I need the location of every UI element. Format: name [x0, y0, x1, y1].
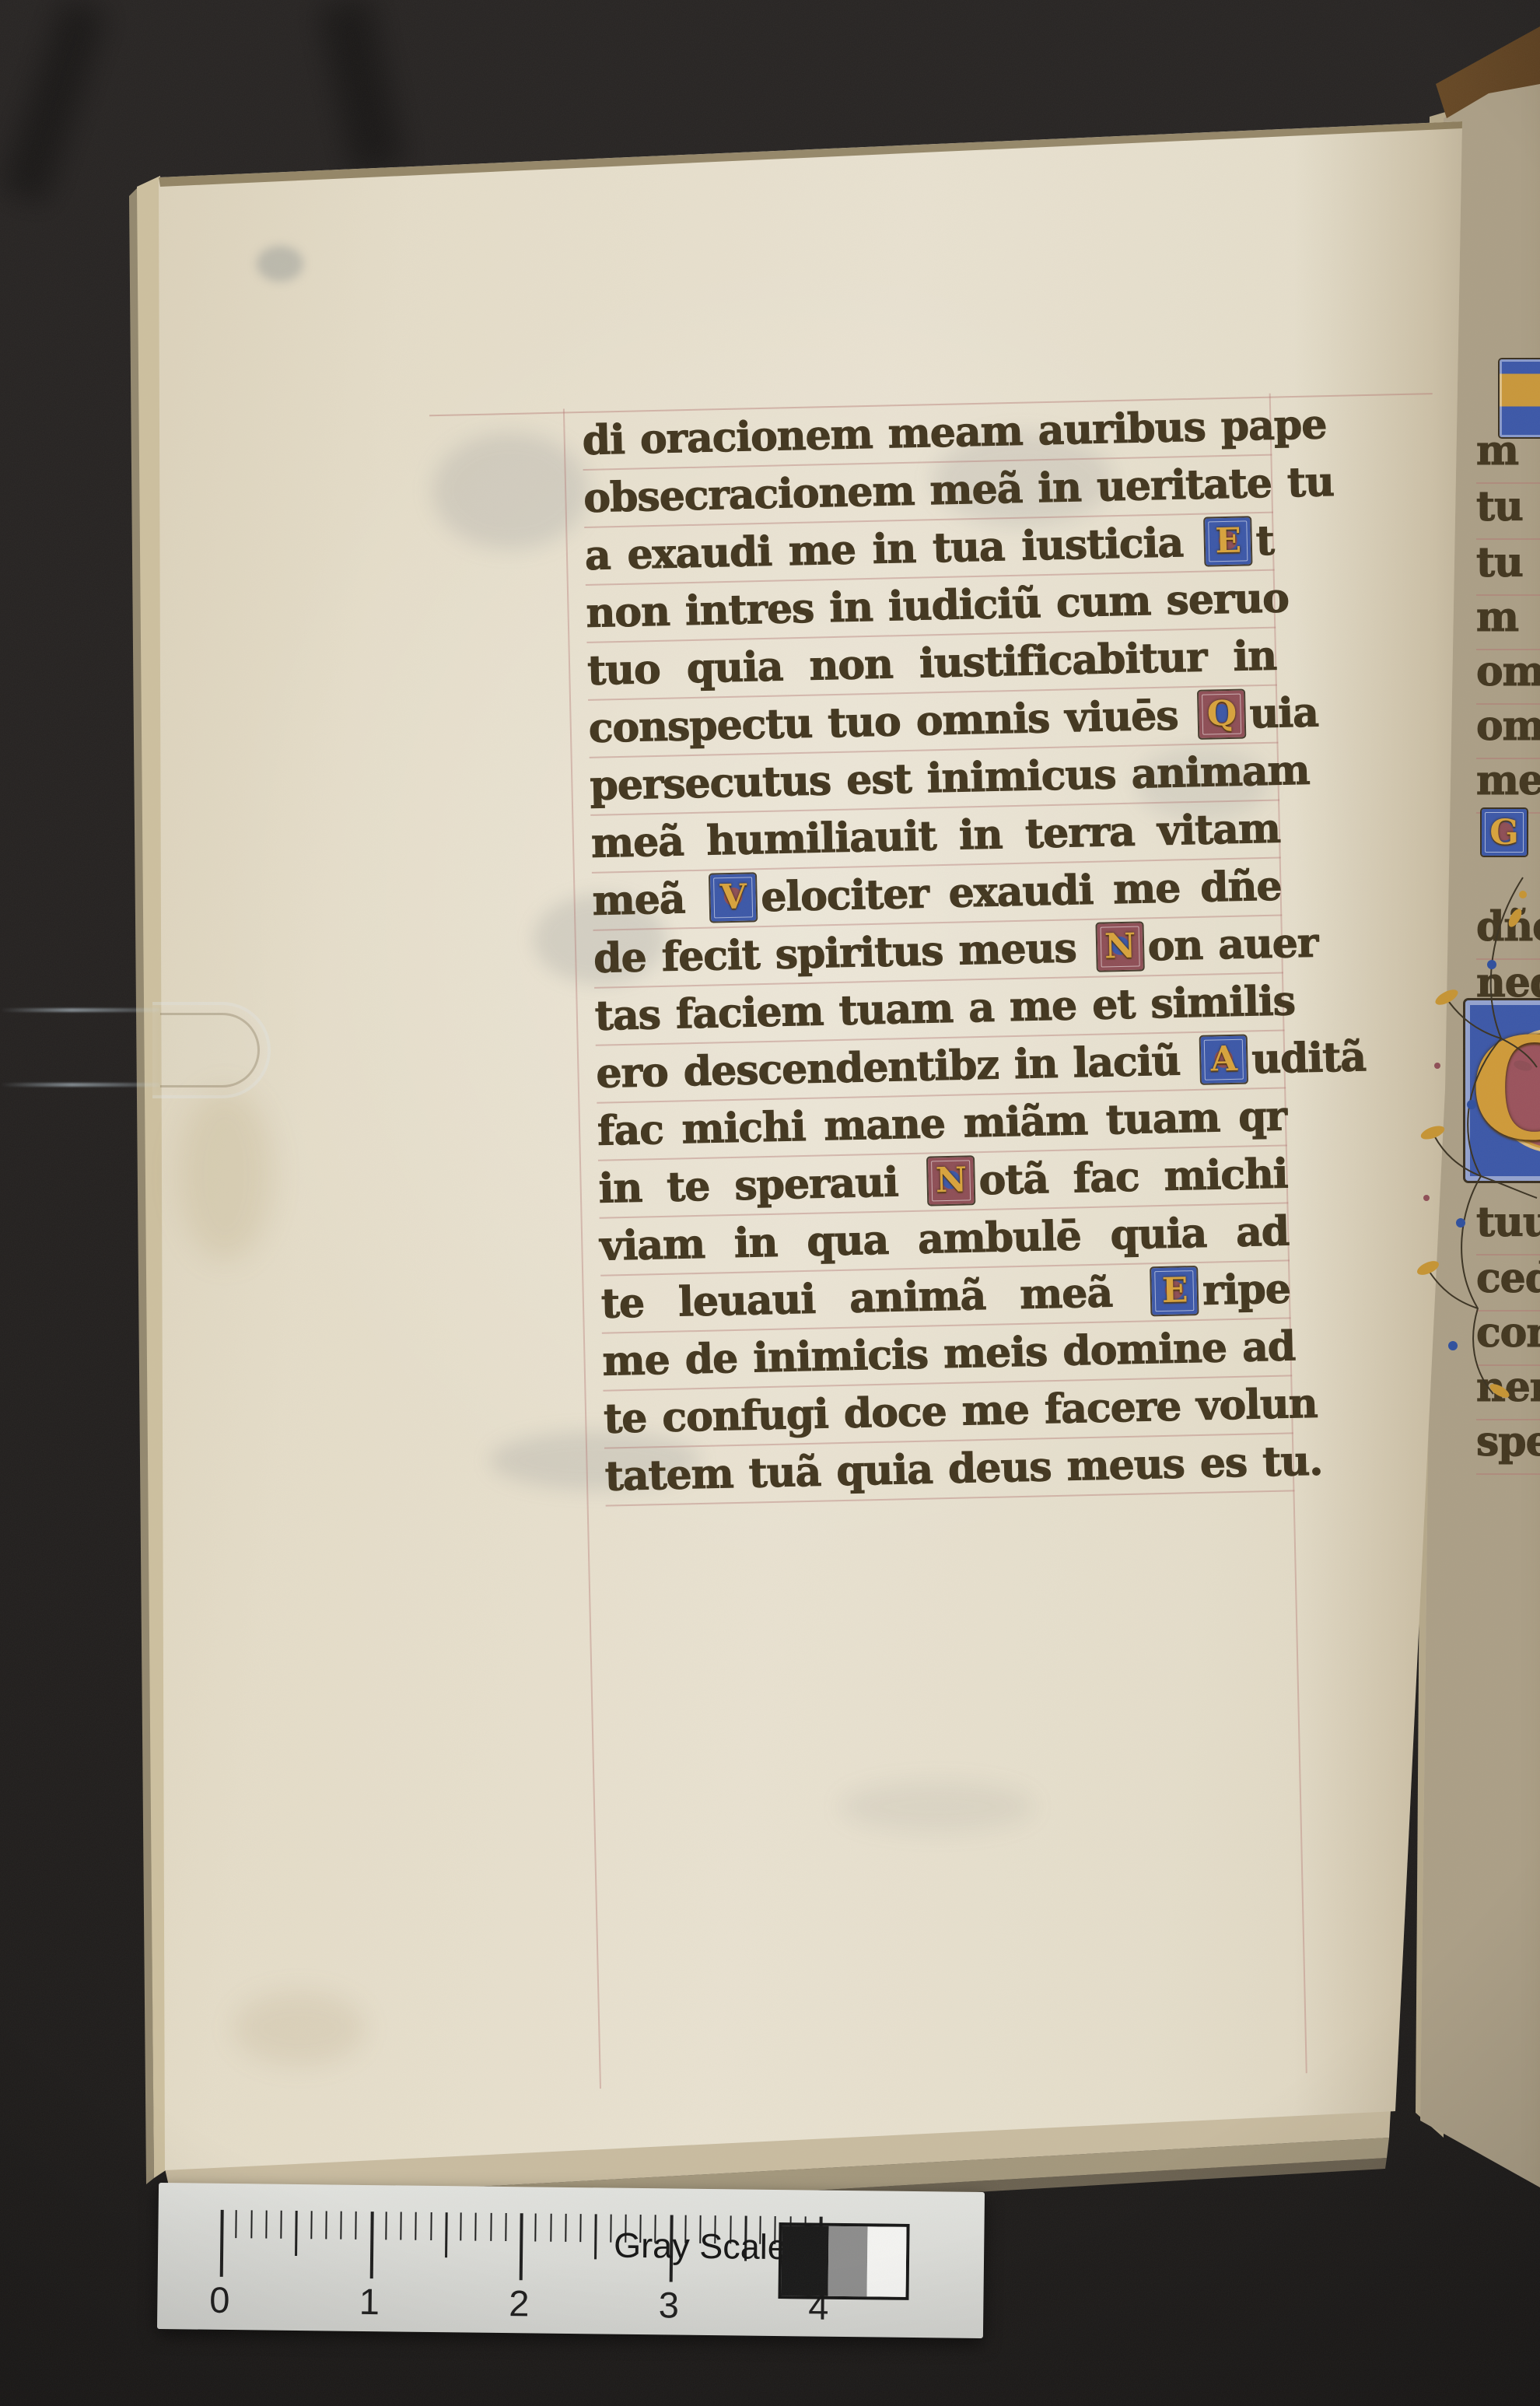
ruler-tick [579, 2214, 581, 2242]
manuscript-text: tuo quia non iustificabitur in [587, 632, 1277, 695]
ruler-tick [355, 2212, 357, 2240]
gray-scale-patch-white [866, 2226, 906, 2297]
transparent-page-clip [152, 1002, 271, 1098]
illuminated-initial-N: N [928, 1157, 974, 1204]
ruler-tick [610, 2215, 611, 2243]
manuscript-text: de fecit spiritus meus [593, 924, 1077, 982]
manuscript-text: on auer [1147, 919, 1318, 971]
ruler-tick [369, 2212, 373, 2278]
initial-letter: Q [1199, 691, 1244, 738]
manuscript-text: te leuaui animã meã [600, 1269, 1112, 1327]
ruler-tick [490, 2213, 492, 2241]
ruler-number: 0 [209, 2278, 230, 2321]
initial-letter: V [710, 874, 756, 921]
illuminated-initial-partial [1500, 359, 1540, 437]
manuscript-text: obsecracionem meã in ueritate tu [583, 458, 1335, 522]
right-page-line-fragment: om [1476, 702, 1540, 759]
right-page-line-fragment: tu [1476, 482, 1540, 540]
ruler-tick [550, 2214, 551, 2242]
ruler-tick [280, 2211, 282, 2239]
ruler-tick [565, 2214, 566, 2242]
illuminated-initial-E: E [1205, 517, 1251, 565]
illuminated-initial-Q: Q [1199, 691, 1244, 738]
right-page-line-fragment: me [1476, 756, 1540, 814]
manuscript-text: me de inimicis meis domine ad [602, 1322, 1296, 1385]
gray-scale-patches [778, 2222, 909, 2300]
illuminated-initial-A: A [1201, 1036, 1247, 1084]
right-page-line-fragment: spectu tuo [1476, 1417, 1540, 1475]
manuscript-text: t [1255, 517, 1274, 565]
gray-scale-patch-black [782, 2226, 829, 2296]
text-block: di oracionem meam auribus pape obsecraci… [582, 398, 1294, 1507]
ruler-tick [535, 2213, 537, 2241]
manuscript-photograph: di oracionem meam auribus pape obsecraci… [0, 0, 1540, 2406]
illuminated-initial-G: G [1482, 809, 1527, 856]
initial-letter: N [1097, 923, 1143, 970]
ruler-number: 1 [359, 2280, 380, 2323]
ruler-tick [265, 2211, 267, 2239]
gray-scale-patch-gray [828, 2226, 868, 2297]
manuscript-text: conspectu tuo omnis viuēs [588, 692, 1178, 752]
manuscript-text: meã humiliauit in terra vitam [590, 805, 1280, 867]
manuscript-text: uia [1249, 688, 1319, 737]
ruler-number: 2 [509, 2282, 530, 2324]
ruler-tick [236, 2210, 237, 2238]
manuscript-text: elociter exaudi me dñe [761, 863, 1282, 922]
ruler-tick [220, 2210, 224, 2277]
page-clip-highlight [0, 1008, 159, 1012]
marginal-flourish [1406, 871, 1538, 1400]
ruler-tick [295, 2211, 298, 2256]
manuscript-text: otã fac michi [978, 1150, 1288, 1204]
manuscript-text: te confugi doce me facere volun [604, 1380, 1318, 1443]
manuscript-lines: di oracionem meam auribus pape obsecraci… [582, 398, 1294, 1507]
background-cloth-fold [1, 0, 107, 205]
right-page-line-fragment: m [1476, 593, 1540, 650]
manuscript-text: persecutus est inimicus animam [590, 747, 1310, 810]
ruler-tick [385, 2212, 387, 2240]
manuscript-text: a exaudi me in tua iusticia [584, 519, 1183, 580]
manuscript-text: in te speraui [598, 1158, 898, 1212]
ruler-tick [340, 2212, 341, 2240]
manuscript-text: meã [592, 875, 685, 925]
illuminated-initial-V: V [710, 874, 756, 921]
illuminated-initial-N: N [1097, 923, 1143, 970]
manuscript-text: ero descendentibz in laciũ [596, 1037, 1181, 1097]
manuscript-text: uditã [1251, 1033, 1367, 1083]
ruler-tick [250, 2210, 252, 2238]
initial-letter: E [1205, 517, 1251, 565]
ruler-tick [415, 2212, 417, 2240]
manuscript-text: ripe [1202, 1265, 1291, 1314]
ruler-tick [325, 2211, 327, 2239]
ruler-tick [400, 2212, 401, 2240]
manuscript-text: di oracionem meam auribus pape [582, 401, 1327, 464]
right-page-line-fragment: tu [1476, 538, 1540, 596]
manuscript-text: tas faciem tuam a me et similis [594, 977, 1295, 1040]
manuscript-text: fac michi mane miãm tuam qr [597, 1092, 1286, 1154]
background-cloth-fold [317, 0, 406, 175]
illuminated-initial-E: E [1152, 1267, 1198, 1315]
ruler-tick [310, 2211, 312, 2239]
manuscript-text: non intres in iudiciũ cum seruo [586, 574, 1289, 637]
ruler-tick [520, 2213, 523, 2280]
ruler-tick [475, 2213, 477, 2241]
initial-letter: G [1482, 809, 1527, 856]
initial-letter: E [1152, 1267, 1198, 1315]
page-clip-highlight [0, 1083, 159, 1087]
ruler-tick [505, 2213, 506, 2241]
calibration-ruler: 01234 Gray Scale [157, 2183, 985, 2338]
manuscript-text: viam in qua ambulē quia ad [600, 1207, 1290, 1270]
ruler-tick [445, 2212, 448, 2257]
ruler-tick [430, 2212, 432, 2240]
gray-scale-label: Gray Scale [614, 2226, 787, 2268]
ruler-tick [594, 2214, 597, 2259]
ruler-tick [460, 2212, 461, 2240]
initial-letter: N [928, 1157, 974, 1204]
right-page-line-fragment: om [1476, 647, 1540, 705]
manuscript-text: tatem tuã quia deus meus es tu. [604, 1438, 1323, 1501]
ruler-number: 3 [658, 2283, 679, 2326]
initial-letter: A [1201, 1036, 1247, 1084]
